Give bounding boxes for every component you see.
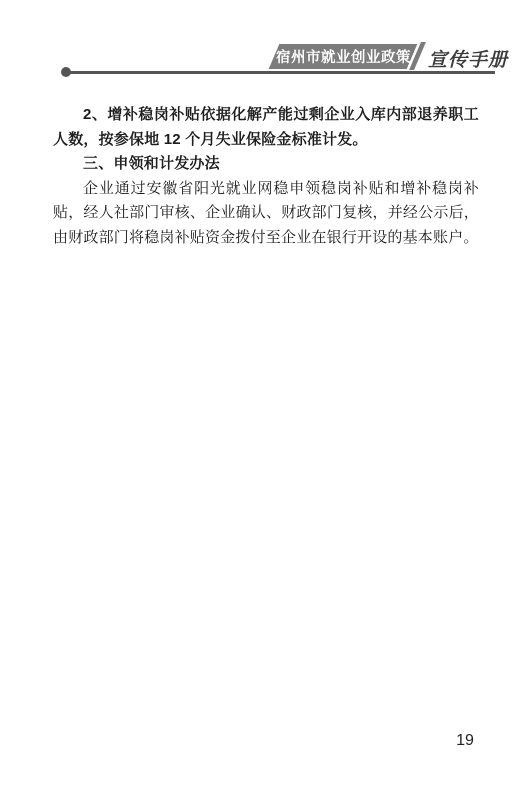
booklet-page: 宿州市就业创业政策 宣传手册 2、增补稳岗补贴依据化解产能过剩企业入库内部退养职… <box>0 0 528 793</box>
header-rule-line <box>63 71 495 74</box>
paragraph-application-process: 企业通过安徽省阳光就业网稳申领稳岗补贴和增补稳岗补贴，经人社部门审核、企业确认、… <box>53 177 479 251</box>
header-booklet-title: 宣传手册 <box>428 45 508 72</box>
section-heading-application-method: 三、申领和计发办法 <box>53 152 479 177</box>
header-policy-badge-label: 宿州市就业创业政策 <box>276 46 411 67</box>
header-rule-dot <box>61 67 71 77</box>
header-policy-badge: 宿州市就业创业政策 <box>269 44 418 69</box>
page-body: 2、增补稳岗补贴依据化解产能过剩企业入库内部退养职工人数，按参保地 12 个月失… <box>53 103 479 250</box>
page-number: 19 <box>451 732 479 750</box>
paragraph-supplementary-subsidy: 2、增补稳岗补贴依据化解产能过剩企业入库内部退养职工人数，按参保地 12 个月失… <box>53 103 479 152</box>
